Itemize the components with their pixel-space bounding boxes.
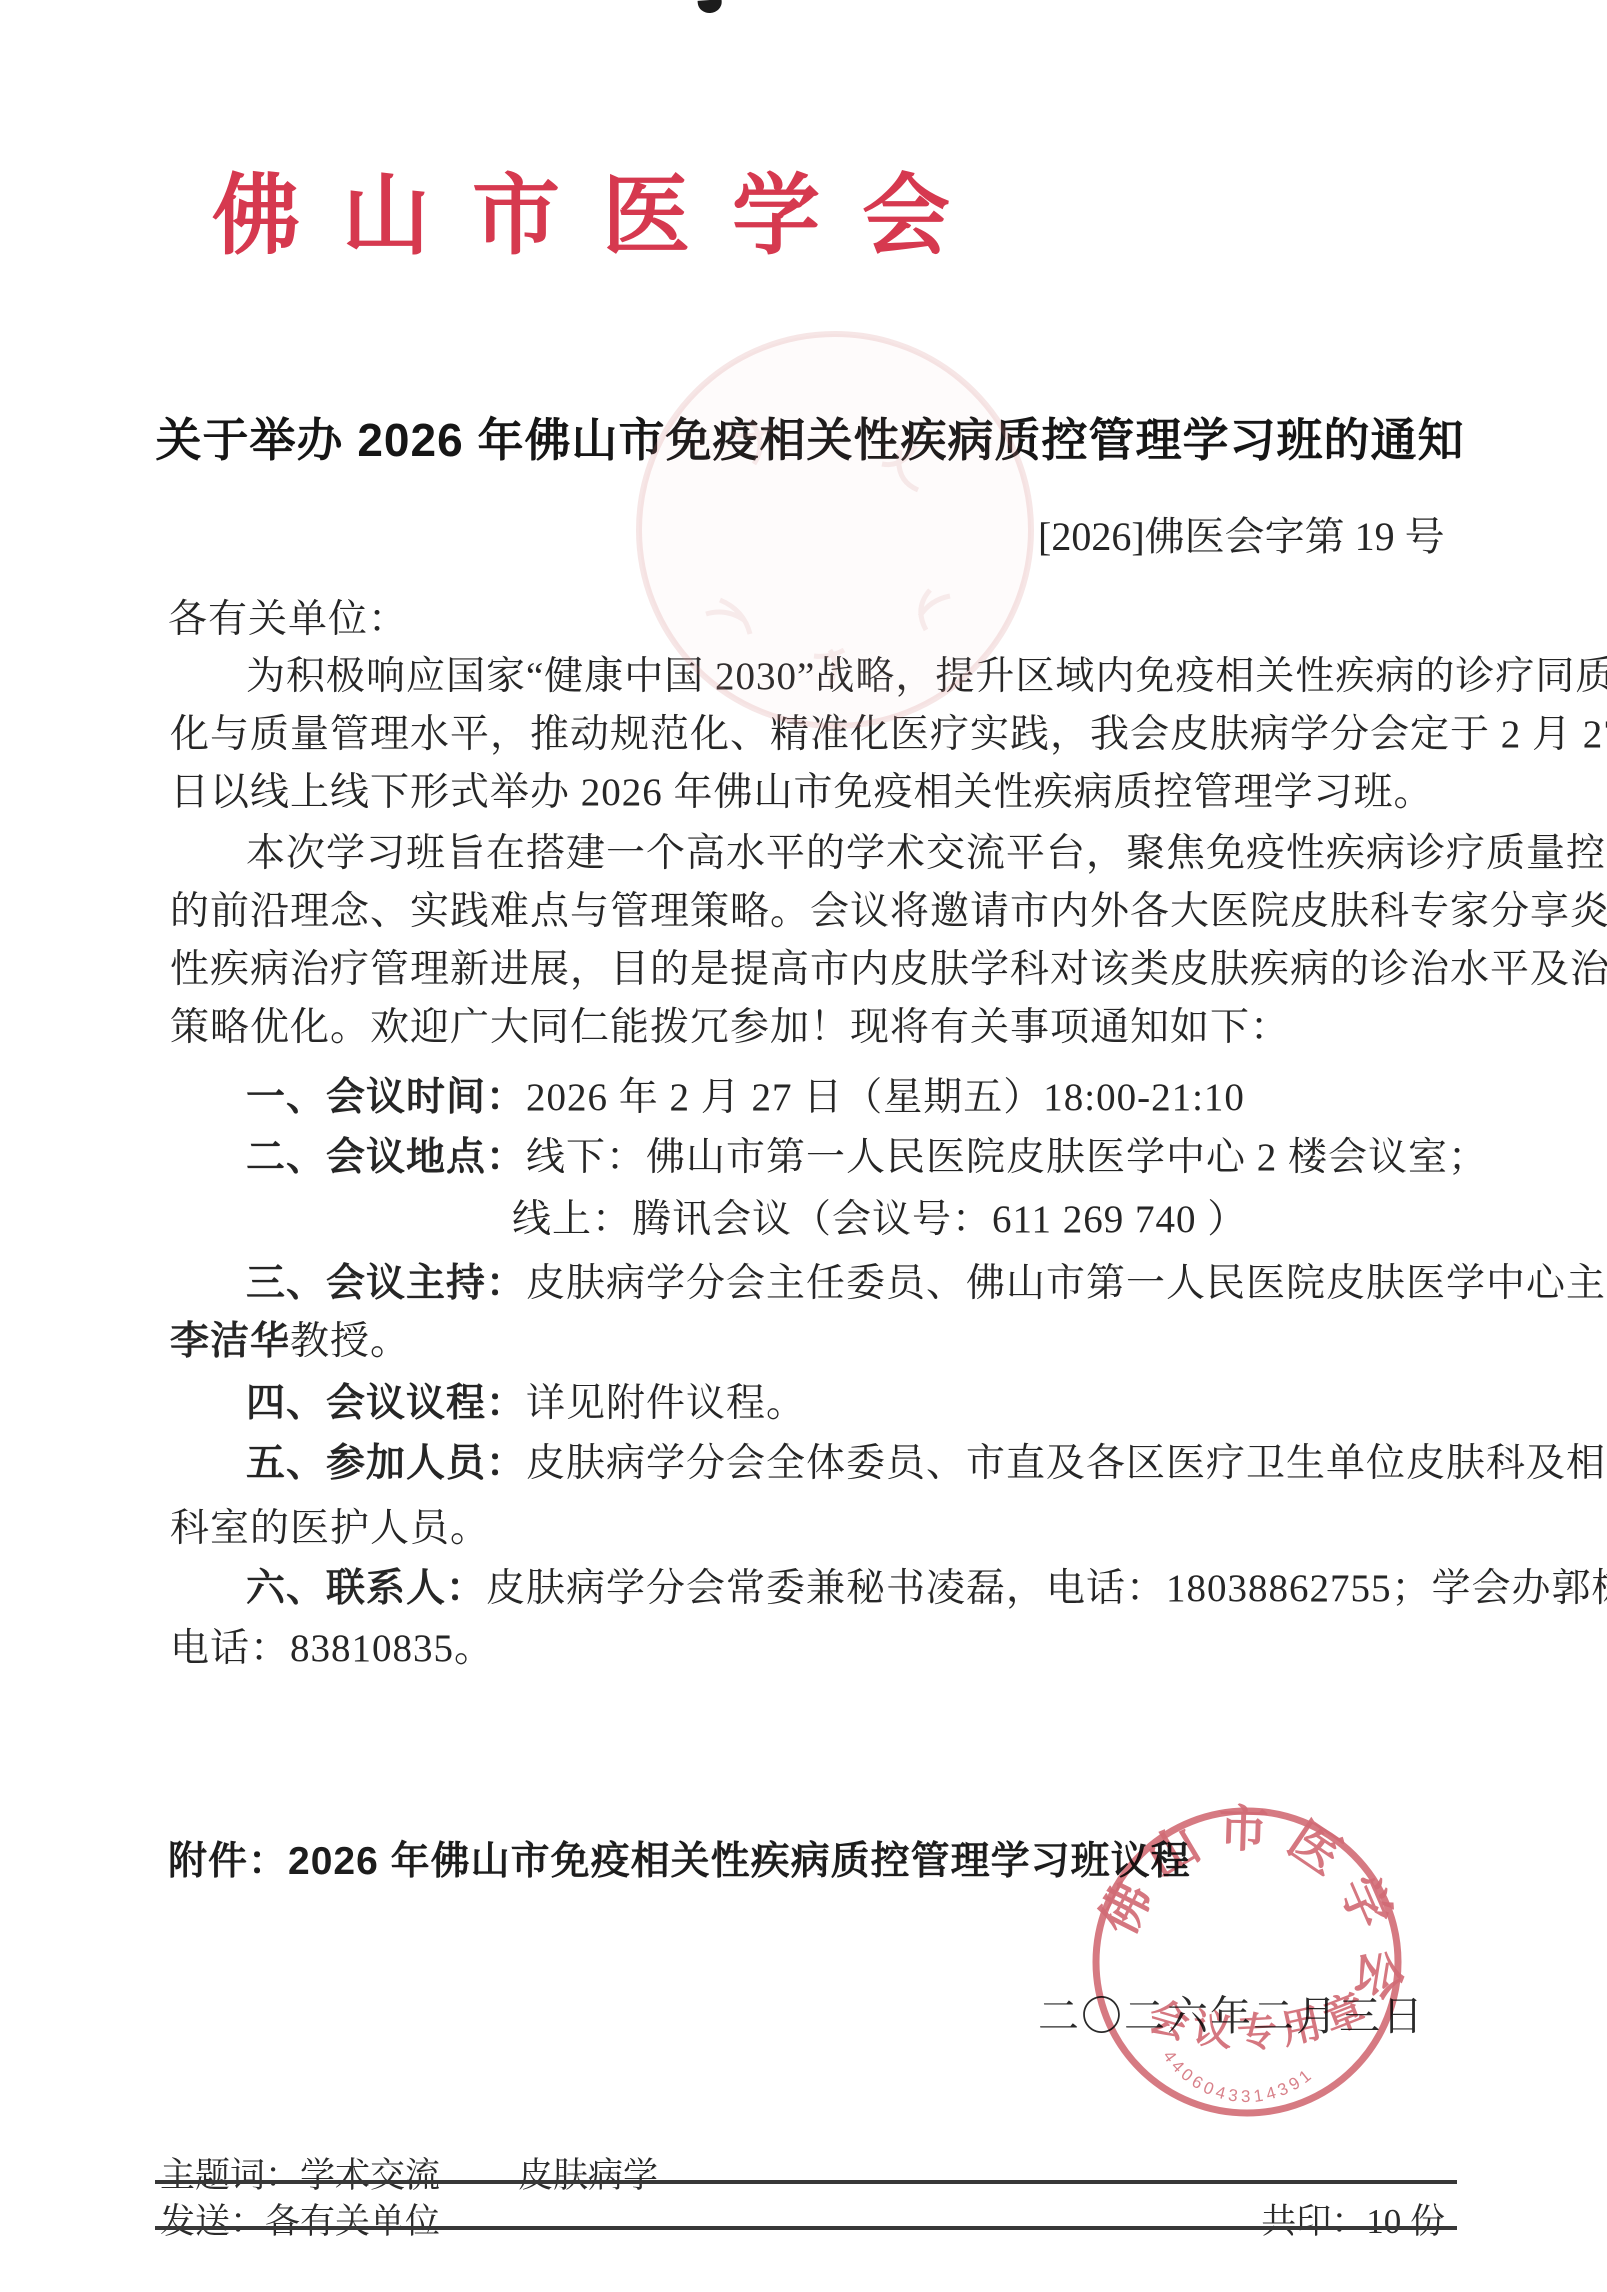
attachment-line: 附件：2026 年佛山市免疫相关性疾病质控管理学习班议程 bbox=[168, 1830, 1191, 1886]
item-participants-value: 皮肤病学分会全体委员、市直及各区医疗卫生单位皮肤科及相关 bbox=[526, 1442, 1607, 1485]
item-meeting-place-label: 二、会议地点： bbox=[246, 1136, 526, 1179]
copies-value: 10 份 bbox=[1366, 2202, 1445, 2241]
scan-ink-artifact bbox=[698, 0, 723, 14]
item-contacts-label: 六、联系人： bbox=[246, 1567, 486, 1610]
item-meeting-time-value: 2026 年 2 月 27 日（星期五）18:00-21:10 bbox=[526, 1076, 1245, 1119]
para2-line2: 的前沿理念、实践难点与管理策略。会议将邀请市内外各大医院皮肤科专家分享炎症 bbox=[170, 880, 1607, 936]
item-contacts-cont: 电话：83810835。 bbox=[170, 1617, 494, 1673]
copies-label: 共印： bbox=[1261, 2202, 1366, 2241]
para2-line1: 本次学习班旨在搭建一个高水平的学术交流平台，聚焦免疫性疾病诊疗质量控制 bbox=[246, 822, 1607, 878]
footer-copies: 共印：10 份 bbox=[1155, 2194, 1445, 2244]
item-meeting-host-value: 皮肤病学分会主任委员、佛山市第一人民医院皮肤医学中心主任 bbox=[526, 1262, 1607, 1305]
subject-term-2: 皮肤病学 bbox=[518, 2156, 658, 2195]
item-participants-cont: 科室的医护人员。 bbox=[170, 1497, 490, 1553]
ghost-seal-impression bbox=[600, 300, 1070, 770]
org-masthead-title: 佛山市医学会 bbox=[212, 146, 992, 272]
send-label: 发送： bbox=[160, 2202, 265, 2241]
seal-center-text: 会议专用章 bbox=[1143, 1983, 1377, 2056]
footer-divider-top bbox=[155, 2180, 1457, 2184]
doc-number: [2026]佛医会字第 19 号 bbox=[1038, 505, 1445, 562]
footer-divider-bottom bbox=[155, 2226, 1457, 2230]
host-name: 李洁华 bbox=[170, 1320, 290, 1363]
para2-line4: 策略优化。欢迎广大同仁能拨冗参加！现将有关事项通知如下： bbox=[170, 996, 1290, 1052]
footer-send-line: 发送：各有关单位 bbox=[160, 2194, 440, 2244]
svg-text:会议专用章: 会议专用章 bbox=[1143, 1983, 1377, 2056]
para2-line3: 性疾病治疗管理新进展，目的是提高市内皮肤学科对该类皮肤疾病的诊治水平及治疗 bbox=[170, 938, 1607, 994]
subject-term-1: 学术交流 bbox=[300, 2156, 440, 2195]
scanned-notice-page: 佛山市医学会 关于举办 2026 年佛山市免疫相关性疾病质控管理学习班的通知 [… bbox=[0, 0, 1607, 2292]
item-meeting-time: 一、会议时间：2026 年 2 月 27 日（星期五）18:00-21:10 bbox=[246, 1066, 1245, 1122]
item-meeting-place: 二、会议地点：线下：佛山市第一人民医院皮肤医学中心 2 楼会议室； bbox=[246, 1126, 1488, 1182]
item-meeting-host: 三、会议主持：皮肤病学分会主任委员、佛山市第一人民医院皮肤医学中心主任 bbox=[246, 1252, 1607, 1308]
send-value: 各有关单位 bbox=[265, 2202, 440, 2241]
item-meeting-host-label: 三、会议主持： bbox=[246, 1262, 526, 1305]
item-contacts: 六、联系人：皮肤病学分会常委兼秘书凌磊，电话：18038862755；学会办郭栋… bbox=[246, 1557, 1607, 1613]
subject-label: 主题词： bbox=[160, 2156, 300, 2195]
item-meeting-place-offline: 线下：佛山市第一人民医院皮肤医学中心 2 楼会议室； bbox=[526, 1136, 1488, 1179]
salutation: 各有关单位： bbox=[168, 588, 408, 644]
official-seal: 佛山市医学会 会议专用章 4406043314391 bbox=[1077, 1792, 1417, 2132]
item-participants: 五、参加人员：皮肤病学分会全体委员、市直及各区医疗卫生单位皮肤科及相关 bbox=[246, 1432, 1607, 1488]
item-agenda: 四、会议议程：详见附件议程。 bbox=[246, 1372, 806, 1428]
item-meeting-place-online: 线上：腾讯会议（会议号：611 269 740 ） bbox=[512, 1188, 1247, 1244]
footer-subject-line: 主题词：学术交流皮肤病学 bbox=[160, 2148, 658, 2198]
item-contacts-value: 皮肤病学分会常委兼秘书凌磊，电话：18038862755；学会办郭栋， bbox=[486, 1567, 1607, 1610]
item-agenda-label: 四、会议议程： bbox=[246, 1382, 526, 1425]
item-meeting-host-cont: 李洁华教授。 bbox=[170, 1310, 410, 1366]
item-meeting-time-label: 一、会议时间： bbox=[246, 1076, 526, 1119]
item-participants-label: 五、参加人员： bbox=[246, 1442, 526, 1485]
item-agenda-value: 详见附件议程。 bbox=[526, 1382, 806, 1425]
host-title-suffix: 教授。 bbox=[290, 1320, 410, 1363]
